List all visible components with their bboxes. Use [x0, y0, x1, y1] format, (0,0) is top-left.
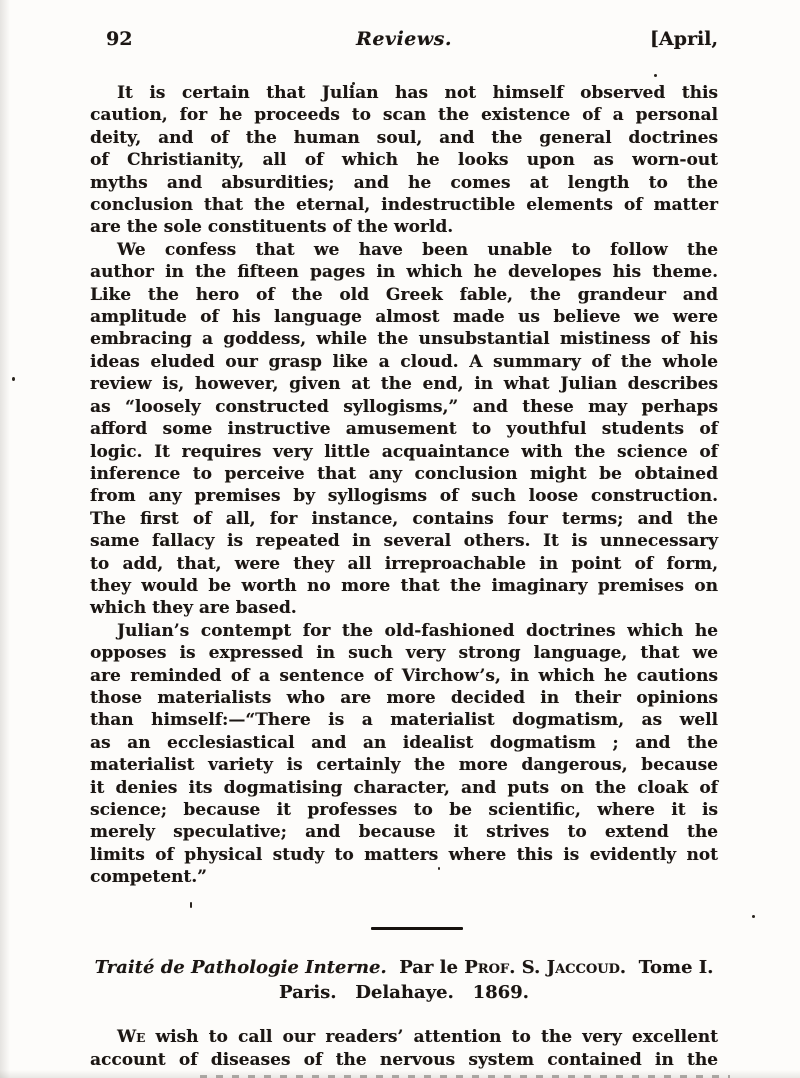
body-line: review is, however, given at the end, in… [90, 373, 718, 395]
body-line: conclusion that the eternal, indestructi… [90, 194, 718, 216]
body-line: opposes is expressed in such very strong… [90, 642, 718, 664]
body-line: from any premises by syllogisms of such … [90, 485, 718, 507]
body-line: author in the fifteen pages in which he … [90, 261, 718, 283]
body-line: inference to perceive that any conclusio… [90, 463, 718, 485]
body-line: It is certain that Julian has not himsel… [90, 82, 718, 104]
citation-initial: S. [515, 957, 546, 978]
paragraph-julian-caution: It is certain that Julian has not himsel… [90, 82, 718, 239]
scan-speck [438, 867, 440, 870]
body-line: materialist variety is certainly the mor… [90, 754, 718, 776]
citation-book-title: Traité de Pathologie Interne. [95, 957, 387, 978]
body-line: amplitude of his language almost made us… [90, 306, 718, 328]
body-line: deity, and of the human soul, and the ge… [90, 127, 718, 149]
body-line: We confess that we have been unable to f… [90, 239, 718, 261]
section-divider-rule [371, 927, 463, 930]
body-line: logic. It requires very little acquainta… [90, 441, 718, 463]
citation-prof: Prof. [464, 957, 515, 978]
body-line: as an ecclesiastical and an idealist dog… [90, 732, 718, 754]
body-line: same fallacy is repeated in several othe… [90, 530, 718, 552]
body-line: of Christianity, all of which he looks u… [90, 149, 718, 171]
citation-line-2: Paris. Delahaye. 1869. [90, 980, 718, 1005]
body-line: account of diseases of the nervous syste… [90, 1049, 718, 1072]
opening-word-smallcaps: We [117, 1027, 145, 1047]
citation-line-1: Traité de Pathologie Interne. Par le Pro… [90, 955, 718, 980]
opening-line-rest: wish to call our readers’ attention to t… [145, 1027, 718, 1047]
scan-speck [352, 82, 355, 85]
body-line: The first of all, for instance, contains… [90, 508, 718, 530]
body-line: which they are based. [90, 597, 718, 619]
body-line: Like the hero of the old Greek fable, th… [90, 284, 718, 306]
scan-speck [12, 377, 15, 381]
citation-tome: Tome I. [626, 957, 713, 978]
body-line: embracing a goddess, while the unsubstan… [90, 328, 718, 350]
body-line: merely speculative; and because it striv… [90, 821, 718, 843]
body-line: limits of physical study to matters wher… [90, 844, 718, 866]
running-title: Reviews. [90, 28, 718, 50]
body-line: ideas eluded our grasp like a cloud. A s… [90, 351, 718, 373]
body-line: competent.” [90, 866, 718, 888]
issue-date: [April, [650, 28, 718, 50]
body-line: are the sole constituents of the world. [90, 216, 718, 238]
body-line: caution, for he proceeds to scan the exi… [90, 104, 718, 126]
body-line: afford some instructive amusement to you… [90, 418, 718, 440]
citation-par-le: Par le [387, 957, 465, 978]
body-line: are reminded of a sentence of Virchow’s,… [90, 665, 718, 687]
body-line: it denies its dogmatising character, and… [90, 777, 718, 799]
scan-speck [654, 74, 657, 77]
body-line: than himself:—“There is a materialist do… [90, 709, 718, 731]
body-line: they would be worth no more that the ima… [90, 575, 718, 597]
paragraph-julians-contempt: Julian’s contempt for the old-fashioned … [90, 620, 718, 889]
body-line: as “loosely constructed syllogisms,” and… [90, 396, 718, 418]
paragraph-we-confess: We confess that we have been unable to f… [90, 239, 718, 620]
body-line: We wish to call our readers’ attention t… [90, 1026, 718, 1049]
scanned-page: 92 Reviews. [April, It is certain that J… [0, 0, 800, 1078]
body-line: myths and absurdities; and he comes at l… [90, 172, 718, 194]
body-line: to add, that, were they all irreproachab… [90, 553, 718, 575]
citation-author: Jaccoud. [547, 957, 627, 978]
body-line: science; because it professes to be scie… [90, 799, 718, 821]
body-line: Julian’s contempt for the old-fashioned … [90, 620, 718, 642]
scan-speck [190, 902, 192, 908]
second-review-opening: We wish to call our readers’ attention t… [90, 1026, 718, 1072]
review-body: It is certain that Julian has not himsel… [90, 82, 718, 889]
page-header: 92 Reviews. [April, [90, 28, 718, 56]
body-line: those materialists who are more decided … [90, 687, 718, 709]
book-citation: Traité de Pathologie Interne. Par le Pro… [90, 955, 718, 1005]
scan-speck [752, 915, 755, 918]
